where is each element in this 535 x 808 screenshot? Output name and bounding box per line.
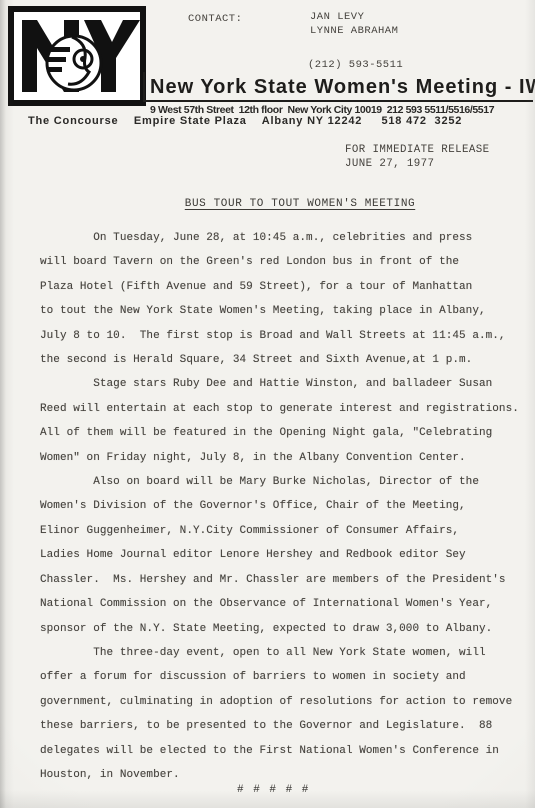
body-line: National Commission on the Observance of… xyxy=(40,592,520,616)
body-line: Also on board will be Mary Burke Nichola… xyxy=(40,470,520,494)
contact-phone: (212) 593-5511 xyxy=(308,59,403,71)
title-left-rule xyxy=(143,72,145,100)
org-title: New York State Women's Meeting - IWY xyxy=(150,76,535,99)
body-line: will board Tavern on the Green's red Lon… xyxy=(40,250,520,274)
contact-name: JAN LEVY xyxy=(310,11,398,25)
body-line: Reed will entertain at each stop to gene… xyxy=(40,397,520,421)
address-line-albany: The Concourse Empire State Plaza Albany … xyxy=(28,115,462,127)
body-line: government, culminating in adoption of r… xyxy=(40,690,520,714)
body-line: Stage stars Ruby Dee and Hattie Winston,… xyxy=(40,372,520,396)
body-line: Women" on Friday night, July 8, in the A… xyxy=(40,446,520,470)
release-date: JUNE 27, 1977 xyxy=(345,158,489,172)
body-line: offer a forum for discussion of barriers… xyxy=(40,665,520,689)
body-line: Plaza Hotel (Fifth Avenue and 59 Street)… xyxy=(40,275,520,299)
title-underline-rule xyxy=(143,100,533,102)
body-line: delegates will be elected to the First N… xyxy=(40,739,520,763)
contact-names: JAN LEVY LYNNE ABRAHAM xyxy=(310,11,398,38)
body-line: Elinor Guggenheimer, N.Y.City Commission… xyxy=(40,519,520,543)
press-release-page: CONTACT: JAN LEVY LYNNE ABRAHAM (212) 59… xyxy=(0,0,535,808)
body-line: On Tuesday, June 28, at 10:45 a.m., cele… xyxy=(40,226,520,250)
headline-wrap: BUS TOUR TO TOUT WOMEN'S MEETING xyxy=(150,193,450,211)
body-line: Women's Division of the Governor's Offic… xyxy=(40,494,520,518)
body-line: sponsor of the N.Y. State Meeting, expec… xyxy=(40,617,520,641)
body-text: On Tuesday, June 28, at 10:45 a.m., cele… xyxy=(40,226,520,787)
body-line: the second is Herald Square, 34 Street a… xyxy=(40,348,520,372)
contact-label: CONTACT: xyxy=(188,13,242,25)
body-line: to tout the New York State Women's Meeti… xyxy=(40,299,520,323)
body-line: July 8 to 10. The first stop is Broad an… xyxy=(40,324,520,348)
body-line: Ladies Home Journal editor Lenore Hershe… xyxy=(40,543,520,567)
body-line: these barriers, to be presented to the G… xyxy=(40,714,520,738)
ny-women-logo-icon xyxy=(8,6,146,106)
body-line: Chassler. Ms. Hershey and Mr. Chassler a… xyxy=(40,568,520,592)
contact-name: LYNNE ABRAHAM xyxy=(310,25,398,39)
headline: BUS TOUR TO TOUT WOMEN'S MEETING xyxy=(185,198,415,210)
end-mark: # # # # # xyxy=(237,784,310,796)
release-block: FOR IMMEDIATE RELEASE JUNE 27, 1977 xyxy=(345,144,489,171)
release-line: FOR IMMEDIATE RELEASE xyxy=(345,144,489,158)
body-line: The three-day event, open to all New Yor… xyxy=(40,641,520,665)
body-line: All of them will be featured in the Open… xyxy=(40,421,520,445)
